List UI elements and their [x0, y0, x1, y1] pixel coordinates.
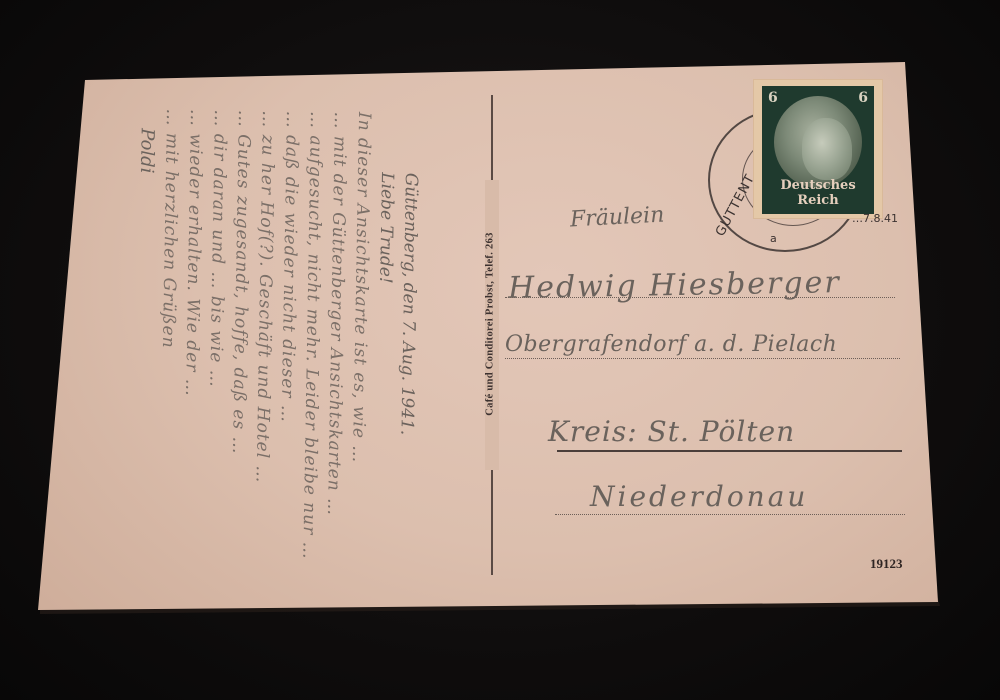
postmark-date: …7.8.41: [852, 212, 898, 225]
address-line: [555, 514, 905, 515]
stamp-denomination-right: 6: [858, 90, 868, 106]
handwritten-message: Güttenberg, den 7. Aug. 1941. Liebe Trud…: [76, 107, 424, 583]
address-line: [505, 358, 900, 359]
address-underline: [557, 450, 902, 452]
printer-imprint: Café und Conditorei Probst, Telef. 263: [485, 232, 496, 415]
address-state: Niederdonau: [590, 480, 808, 513]
stamp-denomination-left: 6: [768, 90, 778, 106]
address-district: Kreis: St. Pölten: [548, 415, 795, 448]
stamp-medallion: [774, 96, 862, 188]
address-place: Obergrafendorf a. d. Pielach: [505, 332, 837, 357]
serial-number: 19123: [870, 556, 903, 572]
postcard: Güttenberg, den 7. Aug. 1941. Liebe Trud…: [0, 0, 1000, 700]
postmark-letter: a: [770, 232, 777, 245]
stamp-label: Deutsches Reich: [762, 178, 874, 208]
hindenburg-portrait-icon: [802, 118, 852, 180]
address-line: [505, 297, 895, 298]
postage-stamp: 6 6 Deutsches Reich: [754, 80, 882, 218]
address-salutation: Fräulein: [569, 203, 665, 233]
stamp-frame: 6 6 Deutsches Reich: [762, 86, 874, 214]
address-name: Hedwig Hiesberger: [508, 265, 841, 306]
